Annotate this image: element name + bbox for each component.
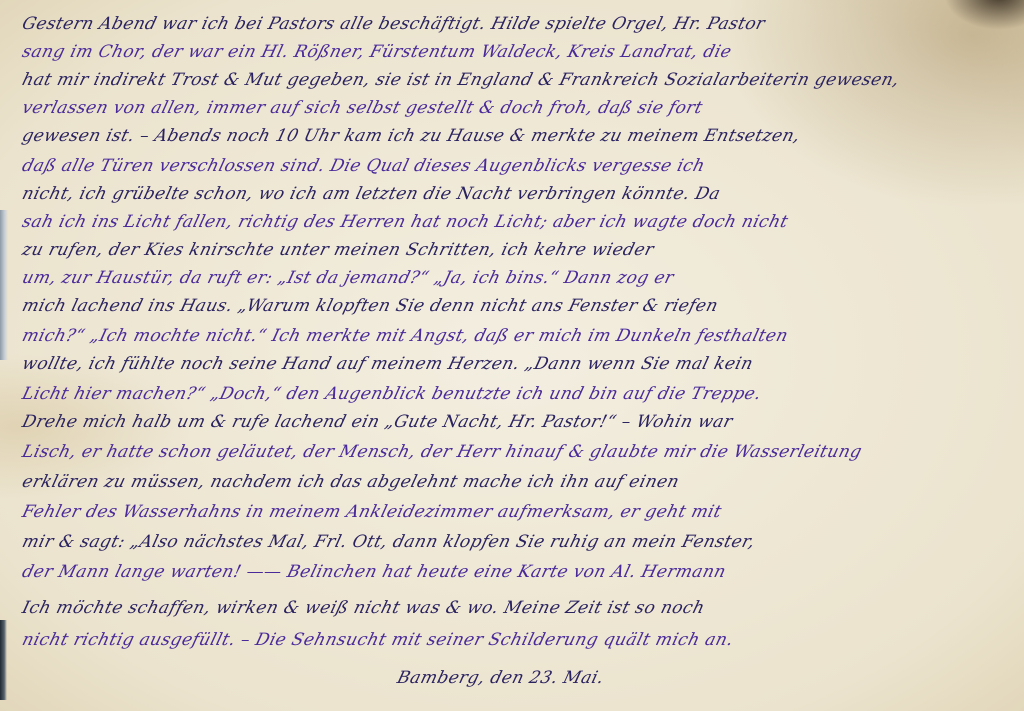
handwritten-line: mich lachend ins Haus. „Warum klopften S…	[20, 296, 720, 316]
date-line: Bamberg, den 23. Mai.	[395, 668, 606, 688]
handwritten-line: gewesen ist. – Abends noch 10 Uhr kam ic…	[20, 126, 802, 146]
handwritten-line: Fehler des Wasserhahns in meinem Ankleid…	[20, 502, 724, 522]
handwritten-line: der Mann lange warten! —— Belinchen hat …	[20, 562, 728, 582]
handwritten-line: nicht, ich grübelte schon, wo ich am let…	[20, 184, 723, 204]
handwritten-line: um, zur Haustür, da ruft er: „Ist da jem…	[20, 268, 676, 288]
handwritten-line: sah ich ins Licht fallen, richtig des He…	[20, 212, 790, 232]
handwritten-line: Licht hier machen?“ „Doch,“ den Augenbli…	[20, 384, 763, 404]
handwritten-line: mir & sagt: „Also nächstes Mal, Frl. Ott…	[20, 532, 757, 552]
handwritten-line: mich?“ „Ich mochte nicht.“ Ich merkte mi…	[20, 326, 790, 346]
handwritten-line: Gestern Abend war ich bei Pastors alle b…	[20, 14, 767, 34]
binding-edge-lower	[0, 620, 7, 700]
handwritten-line: sang im Chor, der war ein Hl. Rößner, Fü…	[20, 42, 734, 62]
handwritten-line: Lisch, er hatte schon geläutet, der Mens…	[20, 442, 864, 462]
handwritten-line: Drehe mich halb um & rufe lachend ein „G…	[20, 412, 735, 432]
handwritten-line: hat mir indirekt Trost & Mut gegeben, si…	[20, 70, 901, 90]
handwritten-line: zu rufen, der Kies knirschte unter meine…	[20, 240, 656, 260]
handwritten-line: erklären zu müssen, nachdem ich das abge…	[20, 472, 681, 492]
handwritten-line: Ich möchte schaffen, wirken & weiß nicht…	[20, 598, 707, 618]
page-corner-shadow	[944, 0, 1024, 30]
handwritten-line: wollte, ich fühlte noch seine Hand auf m…	[20, 354, 755, 374]
diary-page: Gestern Abend war ich bei Pastors alle b…	[0, 0, 1024, 711]
handwritten-line: verlassen von allen, immer auf sich selb…	[20, 98, 705, 118]
handwritten-line: nicht richtig ausgefüllt. – Die Sehnsuch…	[20, 630, 736, 650]
handwritten-line: daß alle Türen verschlossen sind. Die Qu…	[20, 156, 707, 176]
binding-edge	[0, 210, 8, 360]
